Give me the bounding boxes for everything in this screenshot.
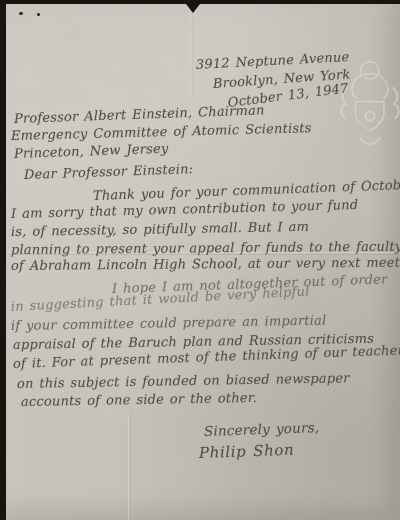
body-line: of Abraham Lincoln High School, at our v…: [11, 255, 400, 274]
closing: Sincerely yours,: [204, 420, 320, 440]
signature: Philip Shon: [199, 441, 295, 462]
body-line: on this subject is founded on biased new…: [17, 371, 350, 392]
body-line: if your committee could prepare an impar…: [11, 313, 327, 334]
paper-edge-notch: [186, 4, 200, 13]
paper-speck: [37, 13, 40, 16]
body-line: I am sorry that my own contribution to y…: [11, 198, 359, 222]
letter-paper: 3912 Neptune Avenue Brooklyn, New York O…: [6, 4, 400, 520]
body-line: accounts of one side or the other.: [21, 391, 257, 410]
body-line: is, of necessity, so pitifully small. Bu…: [11, 220, 309, 240]
paper-speck: [19, 12, 23, 15]
recipient-line-3: Princeton, New Jersey: [14, 142, 169, 162]
fold-crease-vertical-bottom: [128, 414, 131, 520]
salutation: Dear Professor Einstein:: [24, 162, 194, 183]
letter-photograph: 3912 Neptune Avenue Brooklyn, New York O…: [0, 0, 400, 520]
fold-crease-vertical-top: [190, 4, 193, 96]
